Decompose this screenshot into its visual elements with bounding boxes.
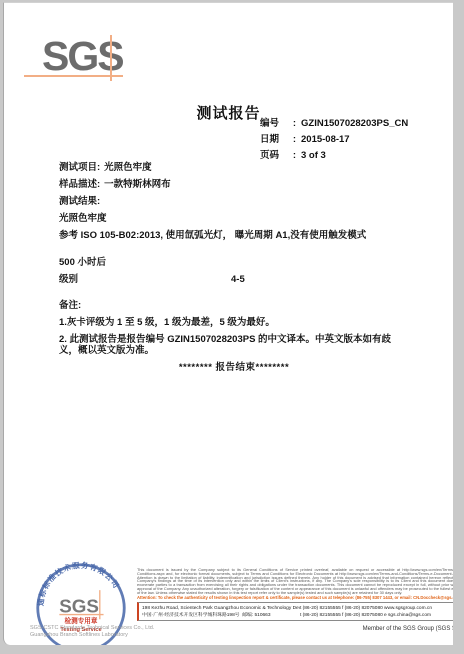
address-en-fax: f (86-20) 82075080 <box>342 605 384 612</box>
end-of-report-line: ******** 报告结束******** <box>59 363 409 374</box>
remark-1: 1.灰卡评级为 1 至 5 级，1 级为最差，5 级为最好。 <box>59 318 409 329</box>
attention-text: Attention: To check the authenticity of … <box>137 596 453 601</box>
report-date-value: 2015-08-17 <box>301 135 350 146</box>
colon: : <box>288 119 301 130</box>
test-item-value: 光照色牢度 <box>104 162 152 173</box>
address-cn: 中国·广州·经济技术开发区科学城科珠路198号 邮编: 510663 <box>142 612 300 619</box>
test-result-label: 测试结果: <box>59 197 409 208</box>
sample-desc-line: 样品描述:一款特斯林网布 <box>59 180 409 191</box>
stamp-sgs-text: SGS <box>59 596 99 617</box>
address-row-en: 198 Kezhu Road, Scientech Park Guangzhou… <box>142 605 453 612</box>
disclaimer-text: This document is issued by the Company s… <box>137 568 453 594</box>
grade-value: 4-5 <box>231 275 245 286</box>
duration-line: 500 小时后 <box>59 258 409 269</box>
remark-2: 2. 此测试报告是报告编号 GZIN1507028203PS 的中文译本。中英文… <box>59 335 409 356</box>
test-item-label: 测试项目: <box>59 162 100 173</box>
report-page-row: 页码 : 3 of 3 <box>260 151 408 162</box>
test-item-line: 测试项目:光照色牢度 <box>59 163 409 174</box>
report-date-label: 日期 <box>260 135 288 146</box>
remarks-label: 备注: <box>59 301 409 312</box>
report-number-value: GZIN1507028203PS_CN <box>301 119 408 130</box>
report-date-row: 日期 : 2015-08-17 <box>260 135 408 146</box>
grade-label: 级别 <box>59 275 231 286</box>
sample-desc-value: 一款特斯林网布 <box>104 179 171 190</box>
report-page: SGS 测试报告 编号 : GZIN1507028203PS_CN 日期 : 2… <box>3 2 453 645</box>
address-en: 198 Kezhu Road, Scientech Park Guangzhou… <box>142 605 300 612</box>
stamp-seal-text: 检测专用章 <box>65 616 98 625</box>
logo-horizontal-line <box>24 75 123 77</box>
result-section-title: 光照色牢度 <box>59 214 409 225</box>
address-cn-email: e sgs.china@sgs.com <box>384 612 453 619</box>
address-cn-tel: t (86-20) 82155555 <box>300 612 342 619</box>
address-row-cn: 中国·广州·经济技术开发区科学城科珠路198号 邮编: 510663 t (86… <box>142 612 453 619</box>
address-cn-fax: f (86-20) 82075080 <box>342 612 384 619</box>
logo-vertical-line <box>110 35 112 81</box>
report-number-row: 编号 : GZIN1507028203PS_CN <box>260 119 408 130</box>
address-en-tel: t (86-20) 82155555 <box>300 605 342 612</box>
header-fields: 编号 : GZIN1507028203PS_CN 日期 : 2015-08-17… <box>260 119 408 167</box>
address-block: 198 Kezhu Road, Scientech Park Guangzhou… <box>137 602 453 621</box>
sample-desc-label: 样品描述: <box>59 179 100 190</box>
stamp-company-line2: Guangzhou Branch Softlines Laboratory <box>30 632 180 639</box>
method-line: 参考 ISO 105-B02:2013, 使用氙弧光灯， 曝光周期 A1,没有使… <box>59 231 409 242</box>
colon: : <box>288 151 301 162</box>
footer-text-block: This document is issued by the Company s… <box>137 568 453 632</box>
address-en-web: www.sgsgroup.com.cn <box>384 605 453 612</box>
report-body: 测试项目:光照色牢度 样品描述:一款特斯林网布 测试结果: 光照色牢度 参考 I… <box>59 163 409 380</box>
colon: : <box>288 135 301 146</box>
report-page-value: 3 of 3 <box>301 151 326 162</box>
scanned-document-canvas: SGS 测试报告 编号 : GZIN1507028203PS_CN 日期 : 2… <box>0 0 464 654</box>
address-cn-post: 邮编: 510663 <box>242 613 270 618</box>
report-number-label: 编号 <box>260 119 288 130</box>
report-page-label: 页码 <box>260 151 288 162</box>
grade-row: 级别 4-5 <box>59 275 409 286</box>
member-line: Member of the SGS Group (SGS SA) <box>137 626 453 632</box>
